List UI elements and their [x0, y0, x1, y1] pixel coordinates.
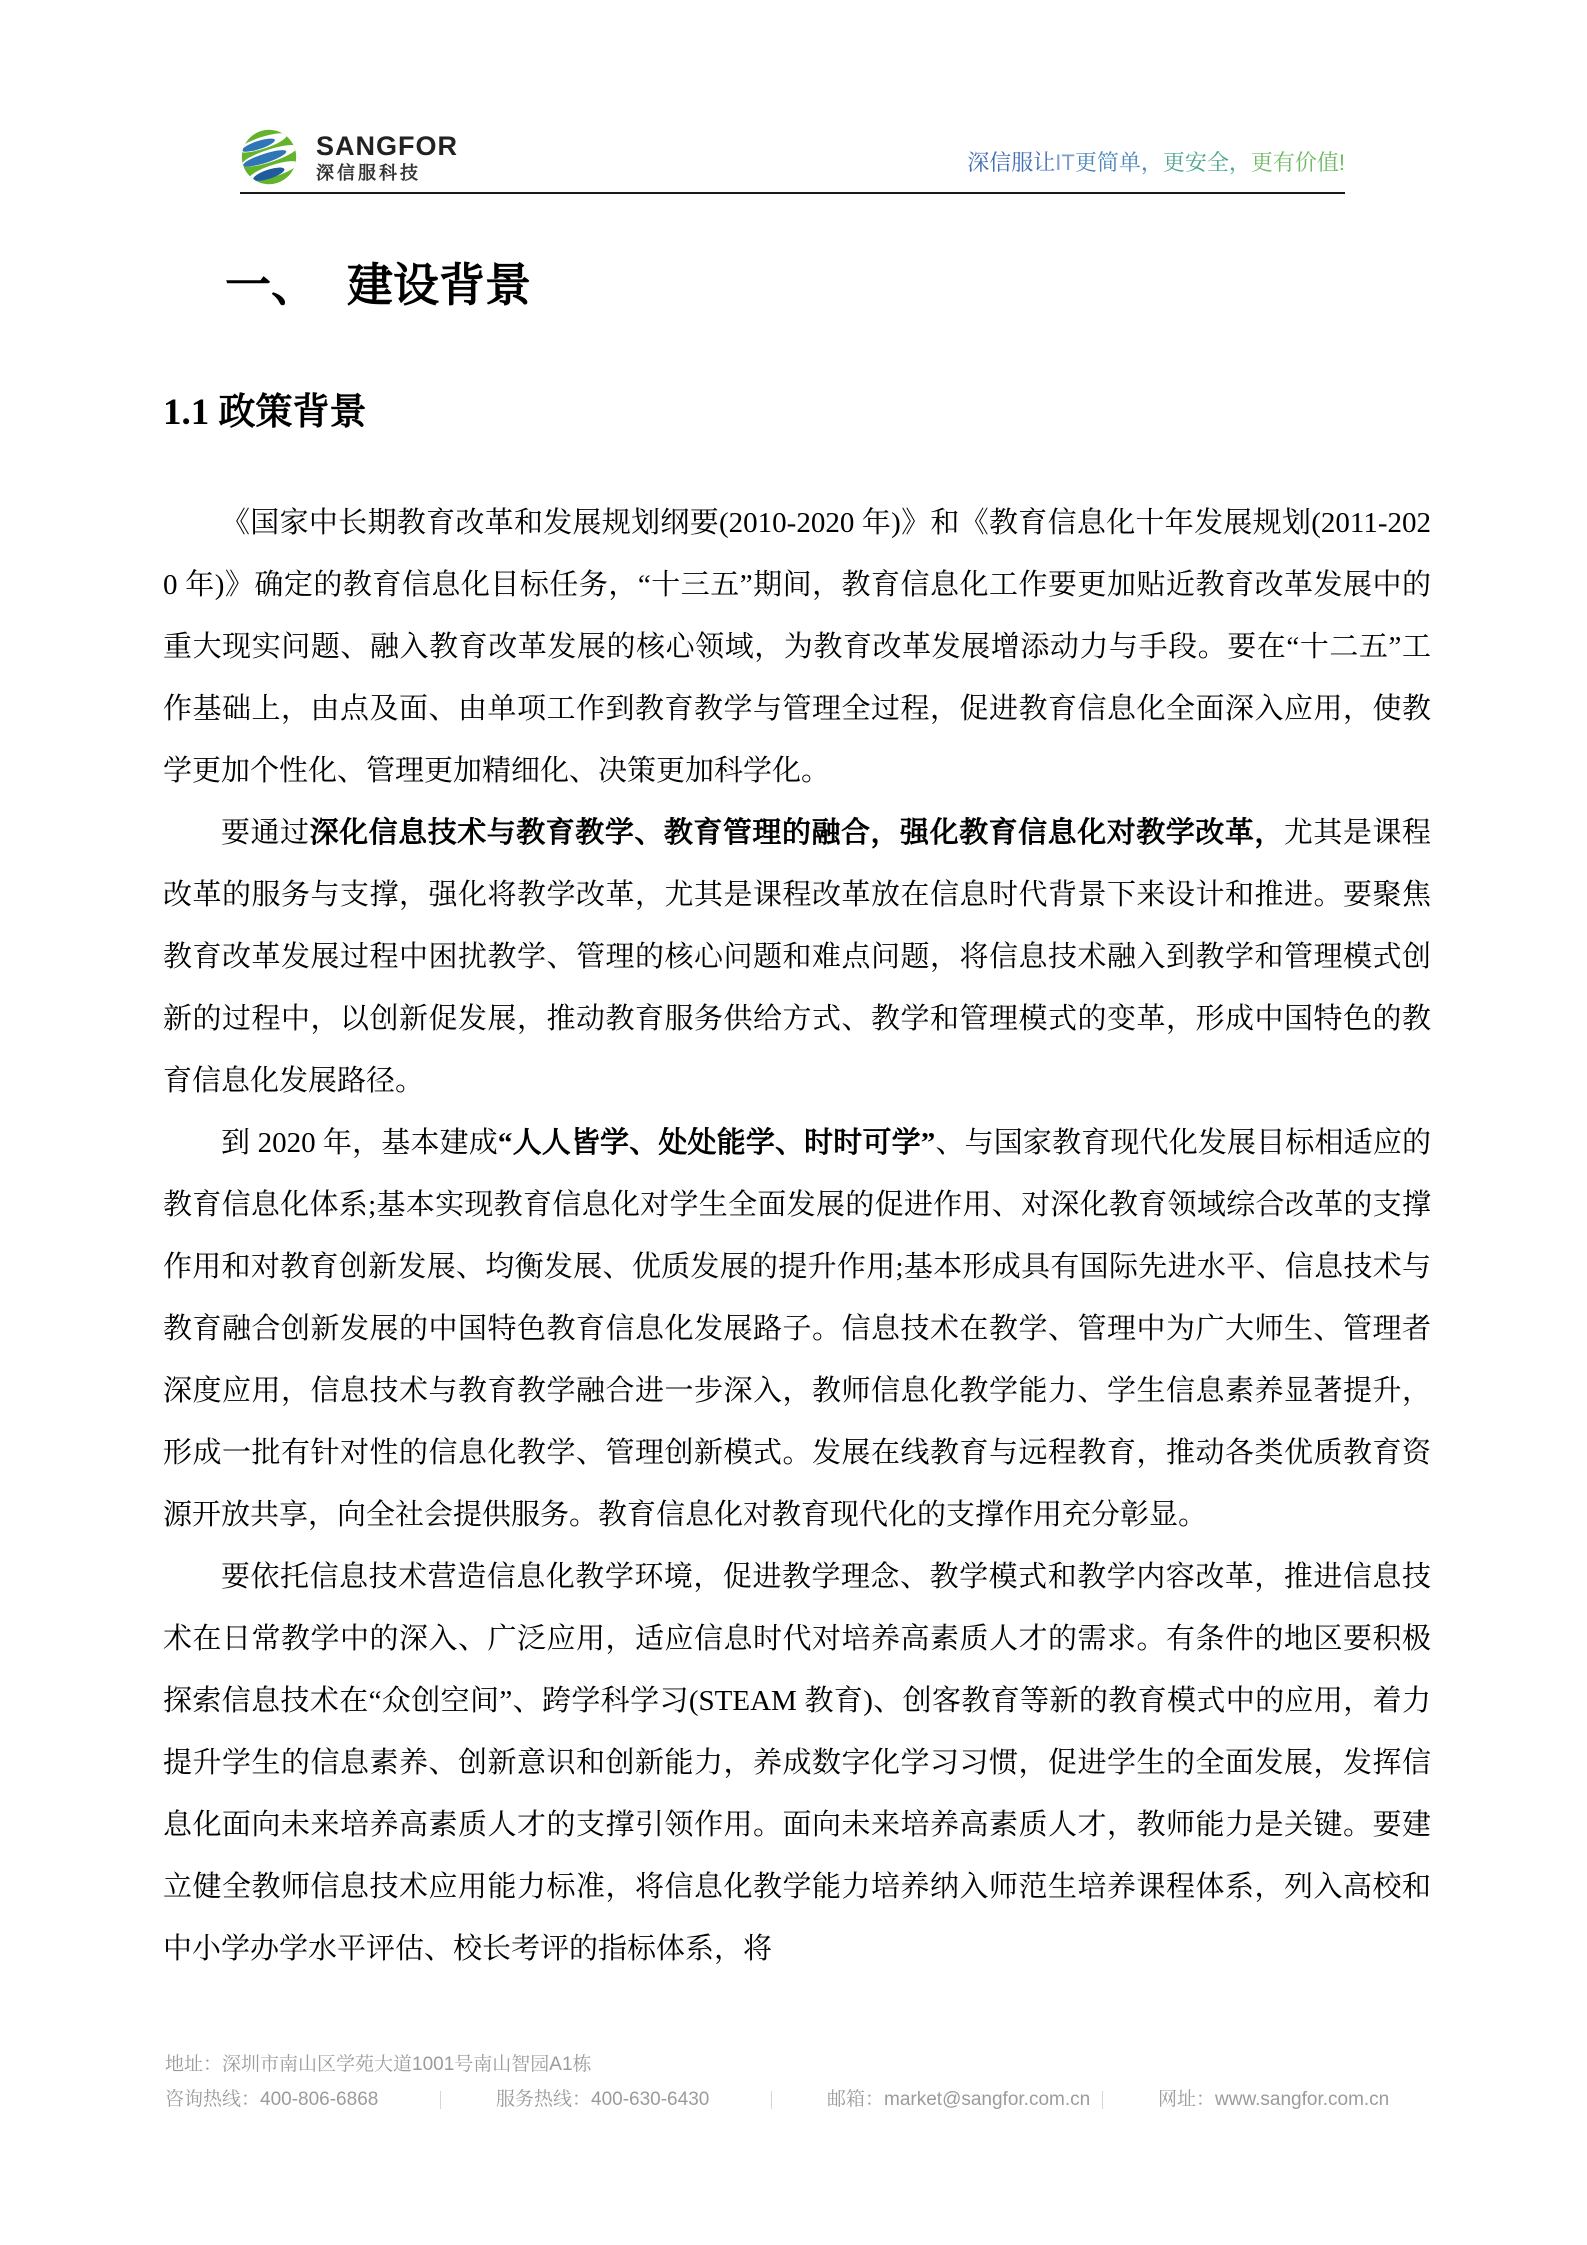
footer-item: 网址：www.sangfor.com.cn [1158, 2087, 1433, 2113]
tagline-segment: 更安全， [1163, 150, 1251, 175]
chapter-title: 一、建设背景 [225, 258, 1431, 314]
text-run: 《国家中长期教育改革和发展规划纲要(2010-2020 年)》和《教育信息化十年… [163, 507, 1431, 787]
globe-logo-icon [240, 128, 298, 186]
body-paragraph: 要通过深化信息技术与教育教学、教育管理的融合，强化教育信息化对教学改革，尤其是课… [163, 802, 1431, 1112]
document-body: 一、建设背景 1.1 政策背景 《国家中长期教育改革和发展规划纲要(2010-2… [163, 258, 1431, 1980]
brand-name-chinese: 深信服科技 [316, 164, 458, 182]
text-run: 尤其是课程改革的服务与支撑，强化将教学改革，尤其是课程改革放在信息时代背景下来设… [163, 817, 1431, 1097]
text-run: 到 2020 年，基本建成 [221, 1127, 498, 1159]
body-paragraph: 到 2020 年，基本建成“人人皆学、处处能学、时时可学”、与国家教育现代化发展… [163, 1112, 1431, 1546]
chapter-number: 一、 [225, 260, 317, 311]
paragraphs-container: 《国家中长期教育改革和发展规划纲要(2010-2020 年)》和《教育信息化十年… [163, 492, 1431, 1980]
body-paragraph: 《国家中长期教育改革和发展规划纲要(2010-2020 年)》和《教育信息化十年… [163, 492, 1431, 802]
text-run: 要通过 [221, 817, 310, 849]
chapter-title-text: 建设背景 [347, 260, 531, 311]
footer-item: 咨询热线：400-806-6868 [165, 2087, 440, 2113]
footer-contact-row: 咨询热线：400-806-6868服务热线：400-630-6430邮箱：mar… [165, 2087, 1433, 2113]
tagline-segment: 更有价值! [1251, 150, 1345, 175]
section-heading: 1.1 政策背景 [163, 390, 1431, 436]
page-footer: 地址：深圳市南山区学苑大道1001号南山智园A1栋 咨询热线：400-806-6… [165, 2052, 1433, 2113]
footer-item: 邮箱：market@sangfor.com.cn [827, 2087, 1102, 2113]
logo-text: SANGFOR 深信服科技 [316, 133, 458, 182]
text-run: 要依托信息技术营造信息化教学环境，促进教学理念、教学模式和教学内容改革，推进信息… [163, 1561, 1431, 1965]
text-run: 深化信息技术与教育教学、教育管理的融合，强化教育信息化对教学改革， [310, 817, 1284, 849]
text-run: “人人皆学、处处能学、时时可学” [498, 1127, 935, 1159]
sangfor-logo: SANGFOR 深信服科技 [240, 128, 458, 186]
page-header: SANGFOR 深信服科技 深信服让IT更简单，更安全，更有价值! [240, 120, 1345, 194]
footer-divider [440, 2091, 441, 2109]
footer-divider [771, 2091, 772, 2109]
brand-name: SANGFOR [316, 133, 458, 160]
tagline-segment: IT [1055, 150, 1075, 175]
tagline-segment: 更简单， [1075, 150, 1163, 175]
footer-address: 地址：深圳市南山区学苑大道1001号南山智园A1栋 [165, 2052, 1433, 2078]
header-tagline: 深信服让IT更简单，更安全，更有价值! [967, 146, 1345, 177]
footer-divider [1102, 2091, 1103, 2109]
document-page: SANGFOR 深信服科技 深信服让IT更简单，更安全，更有价值! 一、建设背景… [0, 0, 1587, 2245]
tagline-segment: 深信服让 [967, 150, 1055, 175]
text-run: 、与国家教育现代化发展目标相适应的教育信息化体系;基本实现教育信息化对学生全面发… [163, 1127, 1431, 1531]
footer-item: 服务热线：400-630-6430 [496, 2087, 771, 2113]
body-paragraph: 要依托信息技术营造信息化教学环境，促进教学理念、教学模式和教学内容改革，推进信息… [163, 1546, 1431, 1980]
